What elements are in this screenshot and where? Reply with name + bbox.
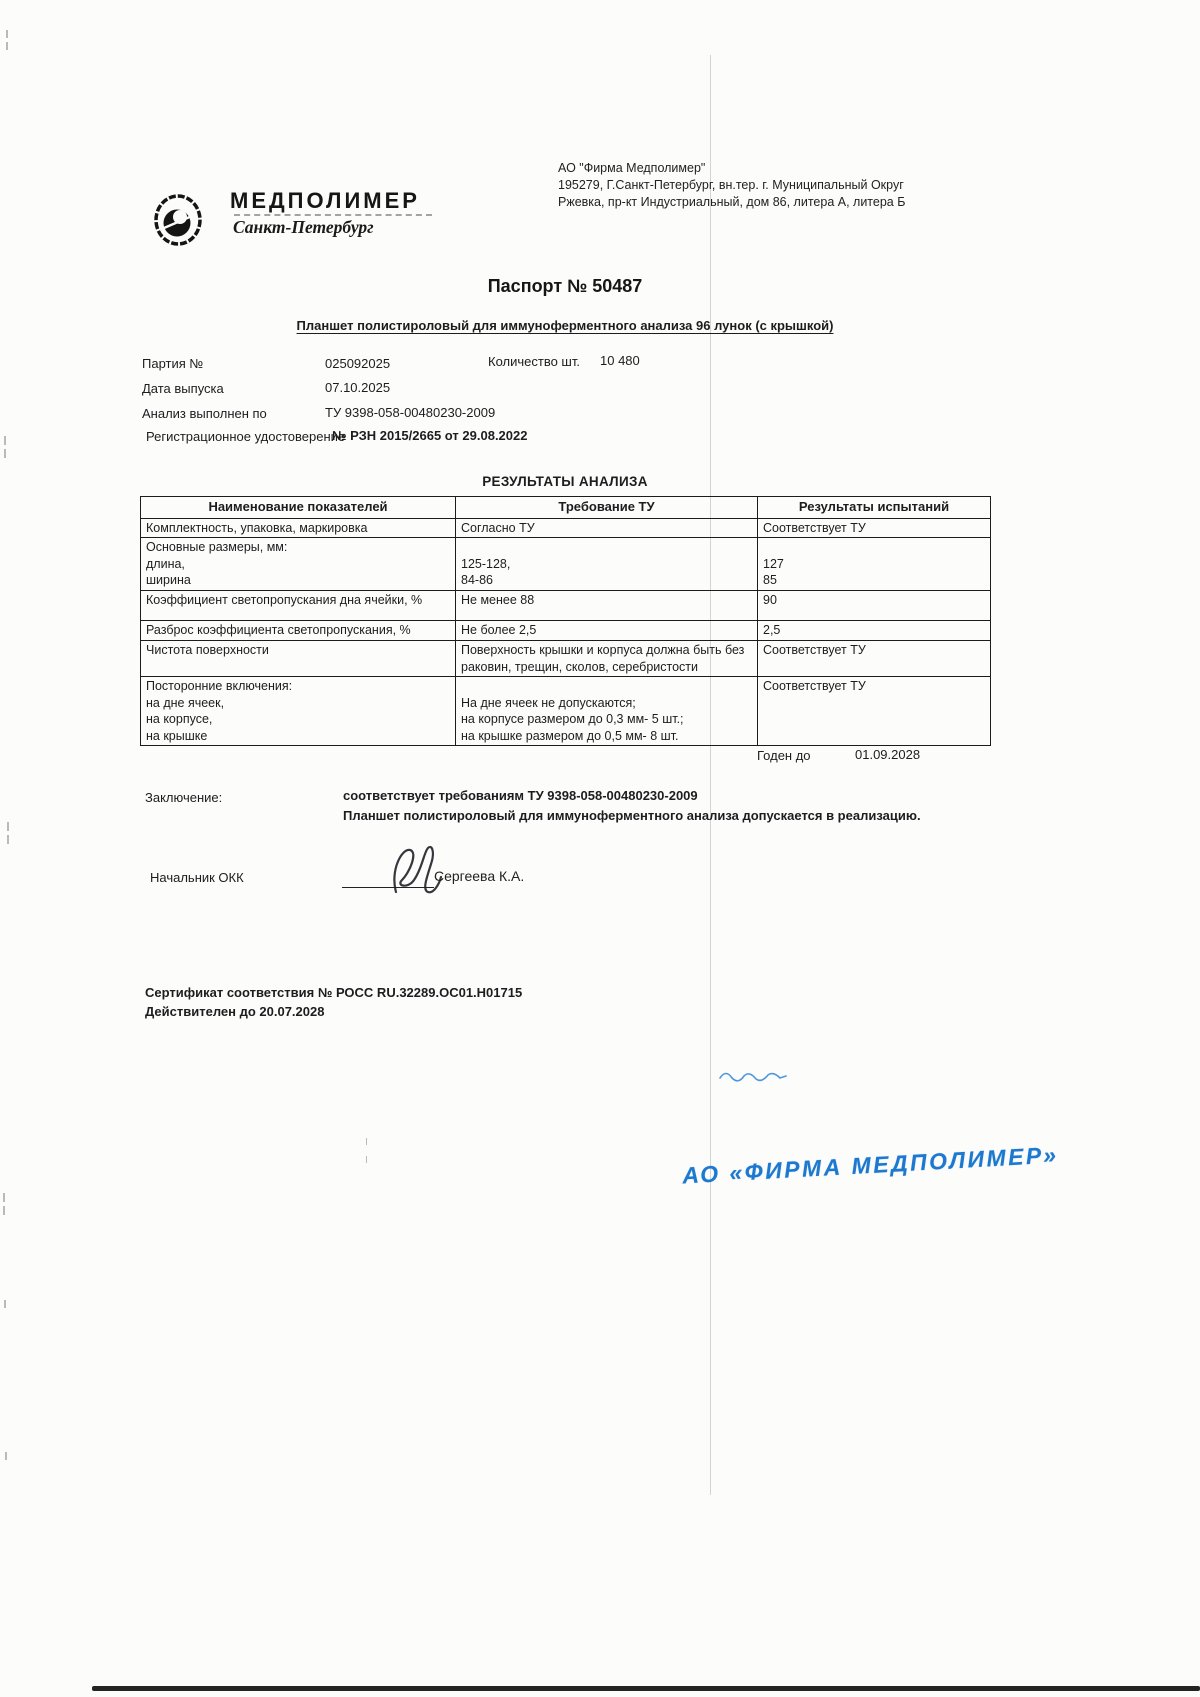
table-row: Комплектность, упаковка, маркировка Согл…	[141, 518, 991, 538]
batch-label: Партия №	[142, 356, 203, 371]
indicator-name-cell: Чистота поверхности	[141, 641, 456, 677]
indicator-name-cell: Комплектность, упаковка, маркировка	[141, 518, 456, 538]
results-table: Наименование показателей Требование ТУ Р…	[140, 496, 991, 746]
passport-document: МЕДПОЛИМЕР Санкт-Петербург АО "Фирма Мед…	[0, 0, 1200, 1697]
scan-artifact-tick	[366, 1138, 367, 1145]
scan-artifact-tick	[7, 835, 9, 844]
requirement-cell: 125-128, 84-86	[456, 538, 758, 591]
quantity-label: Количество шт.	[488, 354, 580, 369]
result-cell: 127 85	[758, 538, 991, 591]
scan-artifact-tick	[6, 30, 8, 38]
certificate-line2: Действителен до 20.07.2028	[145, 1004, 324, 1019]
batch-value: 025092025	[325, 356, 390, 371]
analysis-standard-label: Анализ выполнен по	[142, 406, 267, 421]
expiry-value: 01.09.2028	[855, 747, 920, 762]
conclusion-line2: Планшет полистироловый для иммунофермент…	[343, 808, 921, 823]
scan-artifact-tick	[366, 1156, 367, 1163]
requirement-cell: На дне ячеек не допускаются; на корпусе …	[456, 677, 758, 746]
company-stamp: АО «ФИРМА МЕДПОЛИМЕР»	[682, 1142, 1060, 1190]
blue-pen-scribble	[718, 1070, 788, 1083]
result-cell: 90	[758, 591, 991, 621]
company-logo-city: Санкт-Петербург	[233, 217, 374, 238]
scan-artifact-vertical-line	[710, 55, 711, 1495]
scan-artifact-tick	[4, 436, 6, 445]
scan-artifact-tick	[4, 449, 6, 458]
medpolimer-logo-icon	[152, 192, 204, 248]
column-header-requirement: Требование ТУ	[456, 497, 758, 519]
scan-artifact-tick	[4, 1300, 6, 1308]
table-row: Коэффициент светопропускания дна ячейки,…	[141, 591, 991, 621]
requirement-cell: Не менее 88	[456, 591, 758, 621]
company-logo-name: МЕДПОЛИМЕР	[230, 188, 420, 214]
company-address-line2: 195279, Г.Санкт-Петербург, вн.тер. г. Му…	[558, 177, 905, 194]
company-address-line1: АО "Фирма Медполимер"	[558, 160, 905, 177]
indicator-name-cell: Разброс коэффициента светопропускания, %	[141, 621, 456, 641]
quantity-value: 10 480	[600, 353, 640, 368]
scan-artifact-tick	[7, 822, 9, 831]
company-address-line3: Ржевка, пр-кт Индустриальный, дом 86, ли…	[558, 194, 905, 211]
logo-underline-smudge	[234, 214, 432, 216]
indicator-name-cell: Основные размеры, мм: длина, ширина	[141, 538, 456, 591]
result-cell: Соответствует ТУ	[758, 641, 991, 677]
conclusion-line1: соответствует требованиям ТУ 9398-058-00…	[343, 788, 698, 803]
table-row: Чистота поверхности Поверхность крышки и…	[141, 641, 991, 677]
column-header-indicator: Наименование показателей	[141, 497, 456, 519]
requirement-cell: Поверхность крышки и корпуса должна быть…	[456, 641, 758, 677]
table-row: Основные размеры, мм: длина, ширина 125-…	[141, 538, 991, 591]
scan-artifact-tick	[6, 42, 8, 50]
result-cell: 2,5	[758, 621, 991, 641]
conclusion-label: Заключение:	[145, 790, 222, 805]
column-header-result: Результаты испытаний	[758, 497, 991, 519]
certificate-line1: Сертификат соответствия № РОСС RU.32289.…	[145, 985, 522, 1000]
result-cell: Соответствует ТУ	[758, 677, 991, 746]
result-cell: Соответствует ТУ	[758, 518, 991, 538]
indicator-name-cell: Коэффициент светопропускания дна ячейки,…	[141, 591, 456, 621]
document-subtitle: Планшет полистироловый для иммунофермент…	[140, 318, 990, 333]
release-date-label: Дата выпуска	[142, 381, 224, 396]
scan-artifact-tick	[3, 1193, 5, 1202]
document-title: Паспорт № 50487	[140, 276, 990, 297]
indicator-name-cell: Посторонние включения: на дне ячеек, на …	[141, 677, 456, 746]
expiry-label: Годен до	[757, 748, 811, 763]
registration-value: № РЗН 2015/2665 от 29.08.2022	[332, 428, 527, 443]
requirement-cell: Не более 2,5	[456, 621, 758, 641]
scan-artifact-tick	[3, 1206, 5, 1215]
scan-edge-bar	[92, 1686, 1200, 1691]
table-row: Посторонние включения: на дне ячеек, на …	[141, 677, 991, 746]
scan-artifact-tick	[5, 1452, 7, 1460]
signatory-position: Начальник ОКК	[150, 870, 244, 885]
release-date-value: 07.10.2025	[325, 380, 390, 395]
results-section-title: РЕЗУЛЬТАТЫ АНАЛИЗА	[140, 474, 990, 489]
table-header-row: Наименование показателей Требование ТУ Р…	[141, 497, 991, 519]
company-address-block: АО "Фирма Медполимер" 195279, Г.Санкт-Пе…	[558, 160, 905, 211]
requirement-cell: Согласно ТУ	[456, 518, 758, 538]
table-row: Разброс коэффициента светопропускания, %…	[141, 621, 991, 641]
registration-label: Регистрационное удостоверение	[146, 429, 345, 444]
signatory-name: Сергеева К.А.	[434, 868, 524, 884]
analysis-standard-value: ТУ 9398-058-00480230-2009	[325, 405, 495, 420]
